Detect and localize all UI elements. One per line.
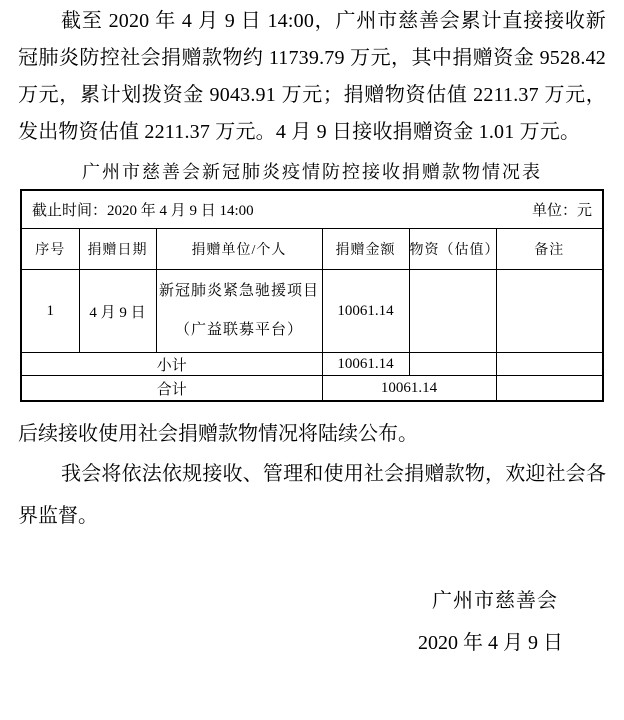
table-row: 1 4 月 9 日 新冠肺炎紧急驰援项目 （广益联募平台） 10061.14 xyxy=(21,270,603,353)
signature-date: 2020 年 4 月 9 日 xyxy=(18,630,606,656)
total-row: 合计 10061.14 xyxy=(21,376,603,402)
closing-paragraph-2: 我会将依法依规接收、管理和使用社会捐赠款物，欢迎社会各界监督。 xyxy=(18,453,606,537)
table-meta-row: 截止时间：2020 年 4 月 9 日 14:00 单位：元 xyxy=(21,190,603,229)
col-header-donor: 捐赠单位/个人 xyxy=(156,229,322,270)
cell-amount: 10061.14 xyxy=(322,270,409,353)
cell-date: 4 月 9 日 xyxy=(79,270,156,353)
table-title: 广州市慈善会新冠肺炎疫情防控接收捐赠款物情况表 xyxy=(18,160,606,184)
intro-paragraph: 截至 2020 年 4 月 9 日 14:00，广州市慈善会累计直接接收新冠肺炎… xyxy=(18,3,606,151)
col-header-index: 序号 xyxy=(21,229,79,270)
subtotal-goods xyxy=(409,353,496,376)
document-page: 截至 2020 年 4 月 9 日 14:00，广州市慈善会累计直接接收新冠肺炎… xyxy=(0,0,624,720)
donation-table: 截止时间：2020 年 4 月 9 日 14:00 单位：元 序号 捐赠日期 捐… xyxy=(20,189,604,402)
subtotal-label: 小计 xyxy=(21,353,322,376)
total-label: 合计 xyxy=(21,376,322,402)
cell-goods xyxy=(409,270,496,353)
col-header-date: 捐赠日期 xyxy=(79,229,156,270)
col-header-goods: 物资（估值） xyxy=(409,229,496,270)
col-header-note: 备注 xyxy=(496,229,603,270)
subtotal-amount: 10061.14 xyxy=(322,353,409,376)
subtotal-note xyxy=(496,353,603,376)
donor-project-name: 新冠肺炎紧急驰援项目 xyxy=(157,272,322,311)
cell-note xyxy=(496,270,603,353)
closing-paragraph-1: 后续接收使用社会捐赠款物情况将陆续公布。 xyxy=(18,415,606,453)
cell-donor: 新冠肺炎紧急驰援项目 （广益联募平台） xyxy=(156,270,322,353)
cutoff-time-label: 截止时间：2020 年 4 月 9 日 14:00 xyxy=(32,199,254,220)
subtotal-row: 小计 10061.14 xyxy=(21,353,603,376)
donor-platform-name: （广益联募平台） xyxy=(157,311,322,350)
cell-index: 1 xyxy=(21,270,79,353)
signature-name: 广州市慈善会 xyxy=(18,588,606,614)
col-header-amount: 捐赠金额 xyxy=(322,229,409,270)
unit-label: 单位：元 xyxy=(532,199,592,220)
total-note xyxy=(496,376,603,402)
total-amount: 10061.14 xyxy=(322,376,496,402)
table-header-row: 序号 捐赠日期 捐赠单位/个人 捐赠金额 物资（估值） 备注 xyxy=(21,229,603,270)
